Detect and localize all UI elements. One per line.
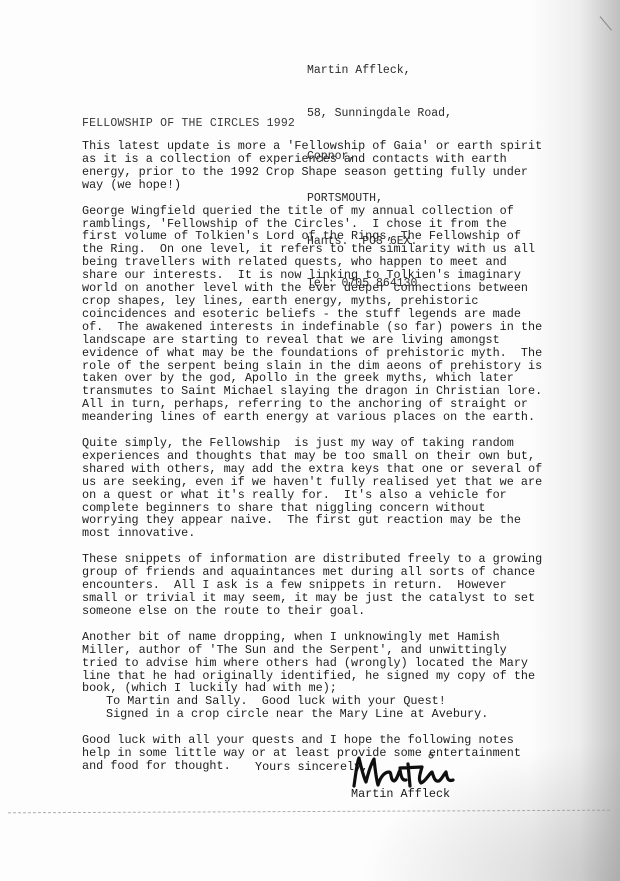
document-title: FELLOWSHIP OF THE CIRCLES 1992 [82, 117, 295, 130]
paragraph-distribution: These snippets of information are distri… [82, 553, 602, 618]
text-line: as it is a collection of experiences and… [82, 153, 602, 166]
text-line: Miller, author of 'The Sun and the Serpe… [82, 644, 602, 657]
text-line: someone else on the route to their goal. [82, 605, 602, 618]
text-line: Quite simply, the Fellowship is just my … [82, 437, 602, 450]
signed-name: Martin Affleck [351, 787, 450, 801]
text-line: landscape are starting to reveal that we… [82, 334, 602, 347]
paragraph-title-origin: George Wingfield queried the title of my… [82, 205, 602, 424]
text-line: shared with others, may add the extra ke… [82, 463, 602, 476]
text-line: on a quest or what it's really for. It's… [82, 489, 602, 502]
paragraph-intro: This latest update is more a 'Fellowship… [82, 140, 602, 192]
paragraph-fellowship-purpose: Quite simply, the Fellowship is just my … [82, 437, 602, 540]
text-line: evidence of what may be the foundations … [82, 347, 602, 360]
page-corner-mark [600, 16, 612, 30]
text-line: This latest update is more a 'Fellowship… [82, 140, 602, 153]
text-line: way (we hope!) [82, 179, 602, 192]
address-line: 58, Sunningdale Road, [307, 107, 452, 121]
text-line: us are seeking, even if we haven't fully… [82, 476, 602, 489]
scan-fold-line [8, 810, 610, 814]
handwritten-signature [350, 752, 465, 792]
text-line: George Wingfield queried the title of my… [82, 205, 602, 218]
paragraph-hamish-miller: Another bit of name dropping, when I unk… [82, 631, 602, 721]
quoted-inscription-line: Signed in a crop circle near the Mary Li… [82, 708, 602, 721]
text-line: crop shapes, ley lines, earth energy, my… [82, 295, 602, 308]
address-line: Martin Affleck, [307, 64, 452, 78]
text-line: experiences and thoughts that may be too… [82, 450, 602, 463]
text-line: tried to advise him where others had (wr… [82, 657, 602, 670]
text-line: coincidences and esoteric beliefs - the … [82, 308, 602, 321]
text-line: energy, prior to the 1992 Crop Shape sea… [82, 166, 602, 179]
text-line: of. The awakened interests in indefinabl… [82, 321, 602, 334]
text-line: meandering lines of earth energy at vari… [82, 411, 602, 424]
text-line: most innovative. [82, 527, 602, 540]
text-line: Another bit of name dropping, when I unk… [82, 631, 602, 644]
text-line: small or trivial it may seem, it may be … [82, 592, 602, 605]
letter-body: This latest update is more a 'Fellowship… [82, 140, 602, 786]
scanned-letter-page: Martin Affleck, 58, Sunningdale Road, Co… [0, 0, 620, 881]
